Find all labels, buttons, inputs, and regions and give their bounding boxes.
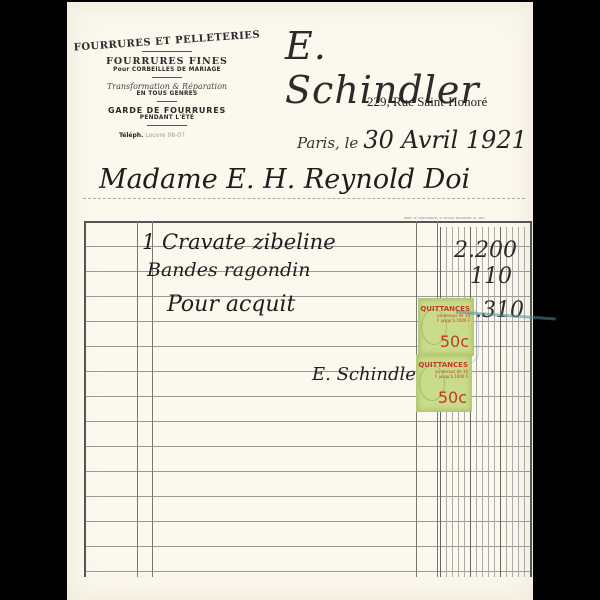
date-line: Paris, le 30 Avril 1921	[297, 126, 527, 154]
stamp-label: QUITTANCES	[418, 361, 468, 369]
column-divider	[530, 221, 532, 577]
amount-column-rule	[512, 227, 513, 577]
line-item-2: Bandes ragondin	[147, 259, 310, 281]
amount-2: 110	[470, 264, 512, 289]
letterhead-left: FOURRURES ET PELLETERIES FOURRURES FINES…	[67, 30, 267, 139]
ornament-divider	[142, 51, 192, 52]
letterhead-line1: FOURRURES FINES	[67, 56, 267, 67]
date-prefix: Paris, le	[297, 134, 358, 152]
ornament-divider	[152, 77, 182, 78]
printer-fineprint: IMPR. LE CORTONNAIS, R. DE ROY. BOURRIER…	[404, 216, 486, 220]
letterhead-line6: PENDANT L'ÉTÉ	[67, 115, 267, 121]
ornament-divider	[157, 101, 177, 102]
phone-value: Louvre 08-07	[145, 132, 185, 139]
phone: Téléph. Louvre 08-07	[67, 132, 267, 139]
letterhead-line2: Pour CORBEILLES DE MARIAGE	[67, 67, 267, 73]
recipient: Madame E. H. Reynold Doi	[99, 164, 470, 195]
amount-1: 2.200	[454, 238, 517, 263]
amount-column-rule	[518, 227, 519, 577]
address: 229, Rue Saint-Honoré	[367, 94, 487, 110]
recipient-rule	[83, 198, 525, 199]
letterhead-line5: GARDE DE FOURRURES	[67, 106, 267, 115]
stamp-value: 50c	[438, 388, 467, 407]
phone-label: Téléph.	[119, 132, 143, 139]
ruling-line	[84, 221, 530, 223]
amount-column-rule	[524, 227, 525, 577]
letterhead-line4: EN TOUS GENRES	[67, 91, 267, 97]
line-item-1: 1 Cravate zibeline	[142, 230, 336, 254]
stamp-detail: au-dessus de 10 F jusqu'à 1000 F	[434, 369, 468, 379]
invoice-paper: FOURRURES ET PELLETERIES FOURRURES FINES…	[67, 2, 533, 600]
column-divider	[137, 221, 138, 577]
signature: E. Schindler	[312, 364, 424, 385]
column-divider	[84, 221, 86, 577]
date-handwritten: 30 Avril 1921	[363, 126, 527, 154]
ornament-divider	[147, 125, 187, 126]
revenue-stamp-2: QUITTANCES au-dessus de 10 F jusqu'à 100…	[416, 354, 472, 412]
line-item-3: Pour acquit	[167, 292, 295, 317]
letterhead-line3: Transformation & Réparation	[67, 82, 267, 91]
